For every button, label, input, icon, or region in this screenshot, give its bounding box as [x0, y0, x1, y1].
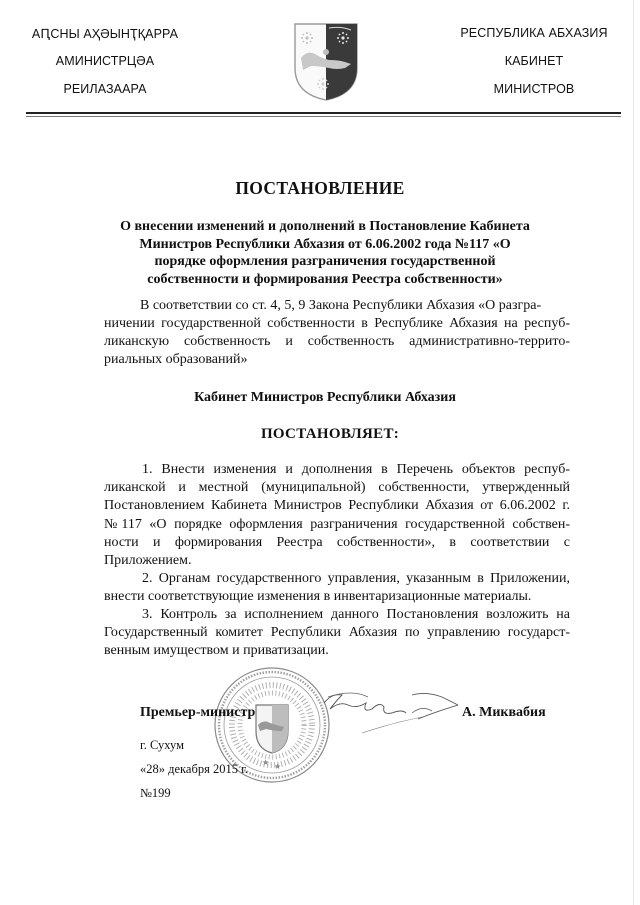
item-line: ликанской и местной (муниципальной) собс…: [104, 479, 570, 497]
letterhead-abkhaz-line-3: РЕИЛАЗААРА: [0, 82, 210, 96]
subject-line: О внесении изменений и дополнений в Пост…: [120, 218, 530, 236]
letterhead-russian-line-3: МИНИСТРОВ: [445, 82, 623, 96]
letterhead-abkhaz-line-2: АМИНИСТРЦӘА: [0, 54, 210, 68]
subject-line: собственности и формирования Реестра соб…: [120, 271, 530, 289]
svg-text:★: ★: [262, 758, 269, 767]
item-line: Приложением.: [104, 552, 570, 570]
subject-line: порядке оформления разграничения государ…: [120, 253, 530, 271]
item-line: Постановлением Кабинета Министров Респуб…: [104, 497, 570, 515]
document-subject: О внесении изменений и дополнений в Пост…: [120, 218, 530, 288]
item-line: венным имуществом и приватизации.: [104, 642, 570, 660]
preamble-line: В соответствии со ст. 4, 5, 9 Закона Рес…: [140, 297, 570, 315]
item-line: ности и формирования Реестра собственнос…: [104, 534, 570, 552]
preamble-line: ничении государственной собственности в …: [104, 315, 570, 333]
item-line: 3. Контроль за исполнением данного Поста…: [104, 606, 570, 624]
preamble-cont: ничении государственной собственности в …: [104, 315, 570, 370]
issuing-body: Кабинет Министров Республики Абхазия: [0, 390, 640, 406]
item-1: 1. Внести изменения и дополнения в Переч…: [104, 461, 570, 570]
item-line: №117 «О порядке оформления разграничения…: [104, 516, 570, 534]
letterhead-abkhaz-line-1: АԤСНЫ АҲӘЫНҬҚАРРА: [0, 26, 210, 41]
item-2: 2. Органам государственного управления, …: [104, 570, 570, 606]
document-number: №199: [140, 786, 171, 801]
signatory-role: Премьер-министр: [140, 705, 255, 721]
svg-text:★: ★: [274, 762, 281, 771]
preamble-line: риальных образований»: [104, 351, 570, 369]
signing-date: «28» декабря 2015 г.: [140, 762, 248, 777]
letterhead-divider: [26, 112, 621, 114]
coat-of-arms-icon: [293, 22, 359, 102]
page-edge: [633, 0, 634, 905]
preamble-line: ликанскую собственность и собственность …: [104, 333, 570, 351]
signing-place: г. Сухум: [140, 738, 184, 753]
signatory-name: А. Миквабия: [462, 705, 546, 721]
preamble: В соответствии со ст. 4, 5, 9 Закона Рес…: [140, 297, 570, 315]
item-line: 2. Органам государственного управления, …: [104, 570, 570, 588]
document-title: ПОСТАНОВЛЕНИЕ: [0, 178, 640, 199]
letterhead-divider-thin: [26, 116, 621, 117]
subject-line: Министров Республики Абхазия от 6.06.200…: [120, 236, 530, 254]
handwritten-signature-icon: [322, 683, 458, 741]
item-3: 3. Контроль за исполнением данного Поста…: [104, 606, 570, 661]
item-line: 1. Внести изменения и дополнения в Переч…: [104, 461, 570, 479]
letterhead-russian-line-1: РЕСПУБЛИКА АБХАЗИЯ: [445, 26, 623, 40]
resolves-heading: ПОСТАНОВЛЯЕТ:: [0, 426, 640, 443]
item-line: Государственный комитет Республики Абхаз…: [104, 624, 570, 642]
letterhead-russian-line-2: КАБИНЕТ: [445, 54, 623, 68]
item-line: внести соответствующие изменения в инвен…: [104, 588, 570, 606]
